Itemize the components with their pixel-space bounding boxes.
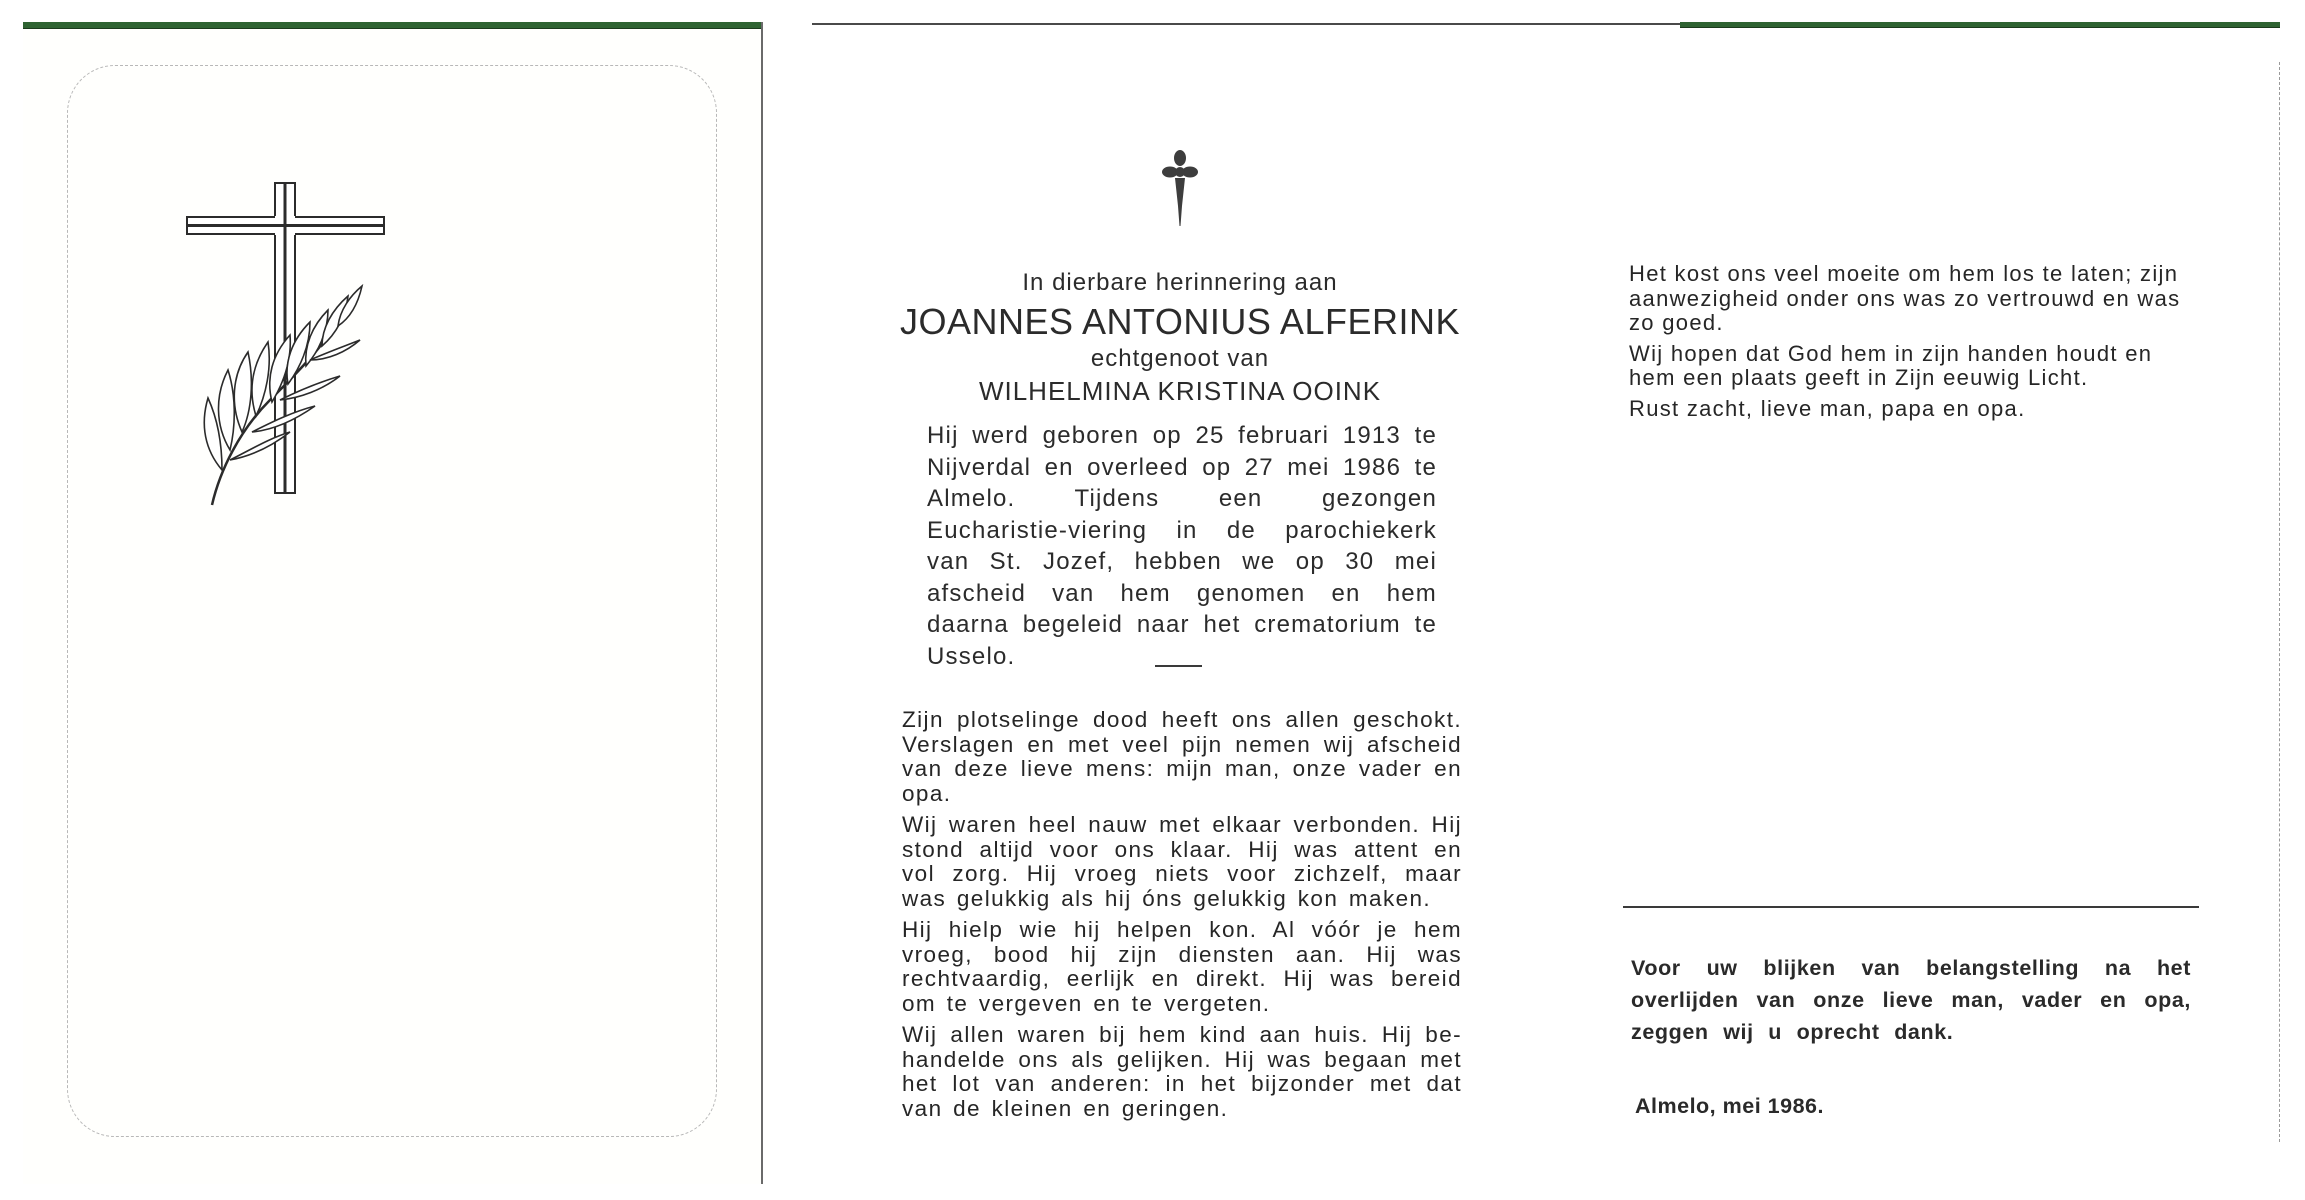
farewell-paragraph: Het kost ons veel moeite om hem los te l…	[1629, 262, 2189, 336]
tribute-text: Zijn plotselinge dood heeft ons allen ge…	[902, 708, 1462, 1128]
small-cross-icon	[1162, 148, 1198, 228]
cross-with-palm-branch-icon	[160, 170, 400, 510]
deceased-name: JOANNES ANTONIUS ALFERINK	[880, 300, 1480, 344]
card-top-edge	[812, 23, 1680, 25]
obituary-header: In dierbare herinnering aan JOANNES ANTO…	[880, 268, 1480, 408]
biography-paragraph: Hij werd geboren op 25 februari 1913 te …	[927, 420, 1437, 672]
section-divider	[1155, 665, 1202, 667]
tribute-paragraph: Hij hielp wie hij helpen kon. Al vóór je…	[902, 918, 1462, 1016]
farewell-text: Het kost ons veel moeite om hem los te l…	[1629, 262, 2189, 427]
horizontal-rule	[1623, 906, 2199, 908]
farewell-paragraph: Wij hopen dat God hem in zijn handen hou…	[1629, 342, 2189, 391]
thanks-message: Voor uw blijken van belangstelling na he…	[1631, 952, 2191, 1048]
card-edge-accent	[1680, 22, 2280, 28]
tribute-paragraph: Zijn plotselinge dood heeft ons allen ge…	[902, 708, 1462, 806]
spouse-name: WILHELMINA KRISTINA OOINK	[880, 374, 1480, 408]
card-right-edge	[2278, 62, 2280, 1142]
farewell-paragraph: Rust zacht, lieve man, papa en opa.	[1629, 397, 2189, 422]
memorial-intro: In dierbare herinnering aan	[880, 268, 1480, 298]
tribute-paragraph: Wij waren heel nauw met elkaar verbonden…	[902, 813, 1462, 911]
tribute-paragraph: Wij allen waren bij hem kind aan huis. H…	[902, 1023, 1462, 1121]
place-and-date: Almelo, mei 1986.	[1635, 1094, 1824, 1119]
spouse-label: echtgenoot van	[880, 344, 1480, 374]
card-edge-accent	[23, 22, 761, 29]
